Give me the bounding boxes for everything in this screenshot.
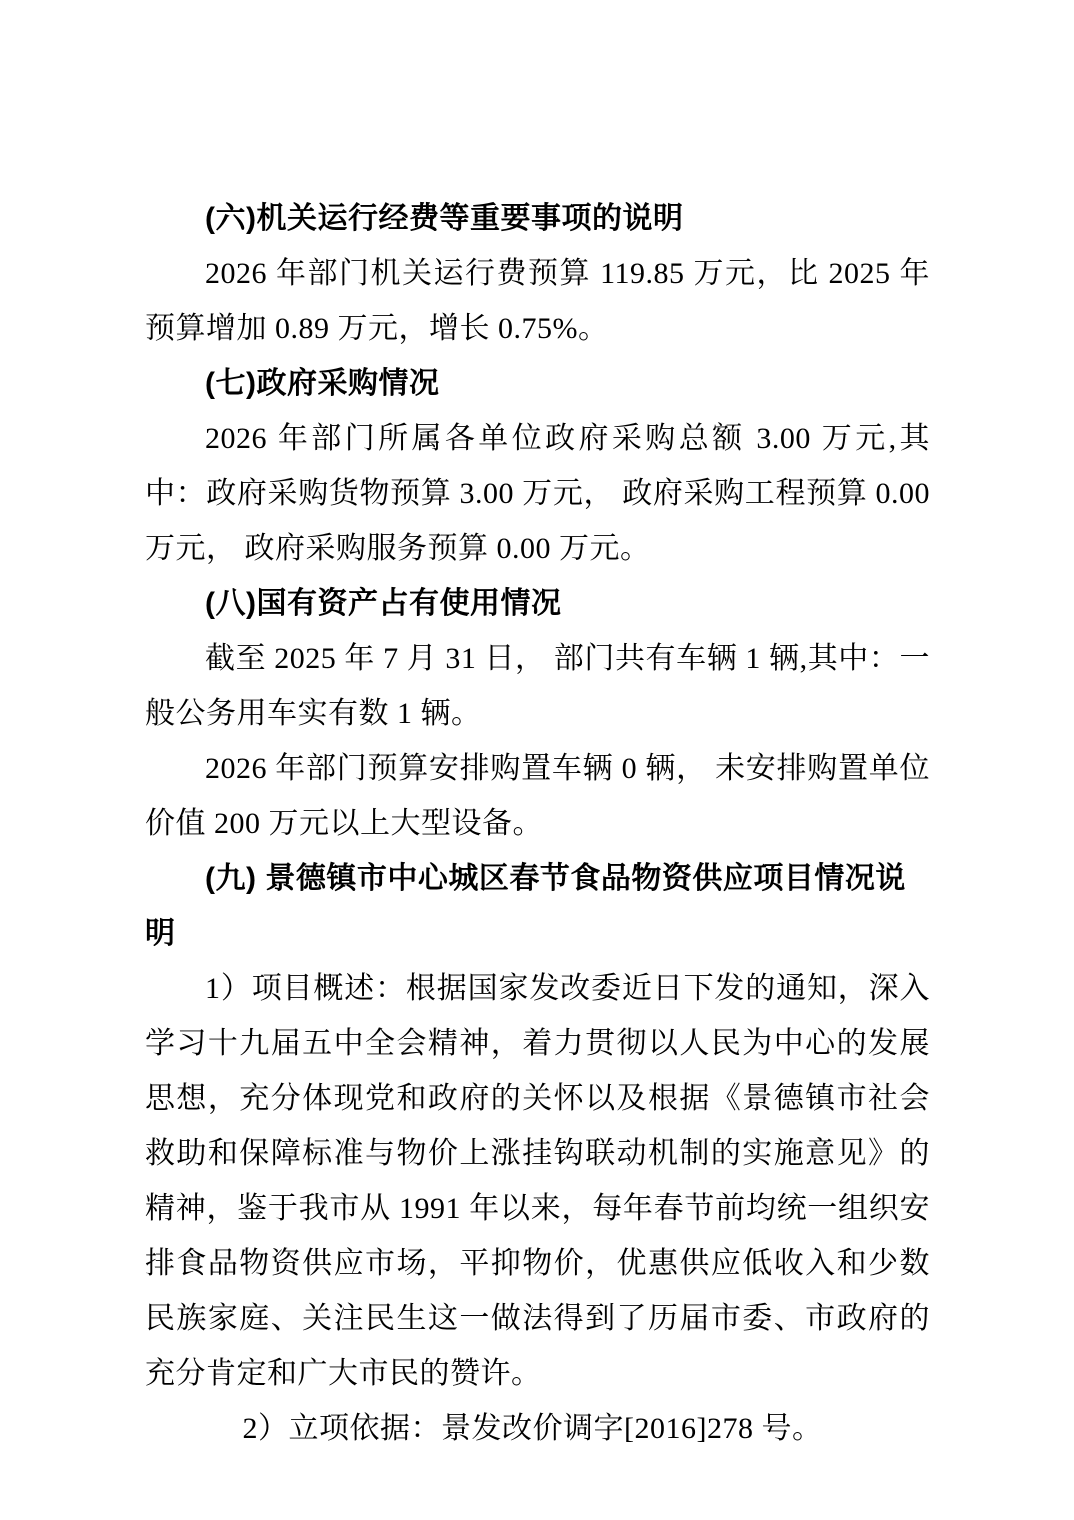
paragraph-operating-budget-2026: 2026 年部门机关运行费预算 119.85 万元，比 2025 年预算增加 0… xyxy=(145,246,930,356)
paragraph-project-approval-basis: 2）立项依据：景发改价调字[2016]278 号。 xyxy=(145,1401,930,1456)
paragraph-vehicle-purchase-plan: 2026 年部门预算安排购置车辆 0 辆， 未安排购置单位价值 200 万元以上… xyxy=(145,741,930,851)
document-page: (六)机关运行经费等重要事项的说明 2026 年部门机关运行费预算 119.85… xyxy=(0,0,1074,1520)
paragraph-vehicle-holdings: 截至 2025 年 7 月 31 日， 部门共有车辆 1 辆,其中：一般公务用车… xyxy=(145,631,930,741)
section-heading-7-government-procurement: (七)政府采购情况 xyxy=(145,356,930,411)
section-heading-8-state-assets-usage: (八)国有资产占有使用情况 xyxy=(145,576,930,631)
paragraph-project-overview: 1）项目概述：根据国家发改委近日下发的通知，深入学习十九届五中全会精神，着力贯彻… xyxy=(145,961,930,1401)
section-heading-6-agency-operating-expenses: (六)机关运行经费等重要事项的说明 xyxy=(145,191,930,246)
paragraph-procurement-totals: 2026 年部门所属各单位政府采购总额 3.00 万元,其中：政府采购货物预算 … xyxy=(145,411,930,576)
section-heading-9-spring-festival-food-supply-project: (九) 景德镇市中心城区春节食品物资供应项目情况说明 xyxy=(145,851,930,961)
